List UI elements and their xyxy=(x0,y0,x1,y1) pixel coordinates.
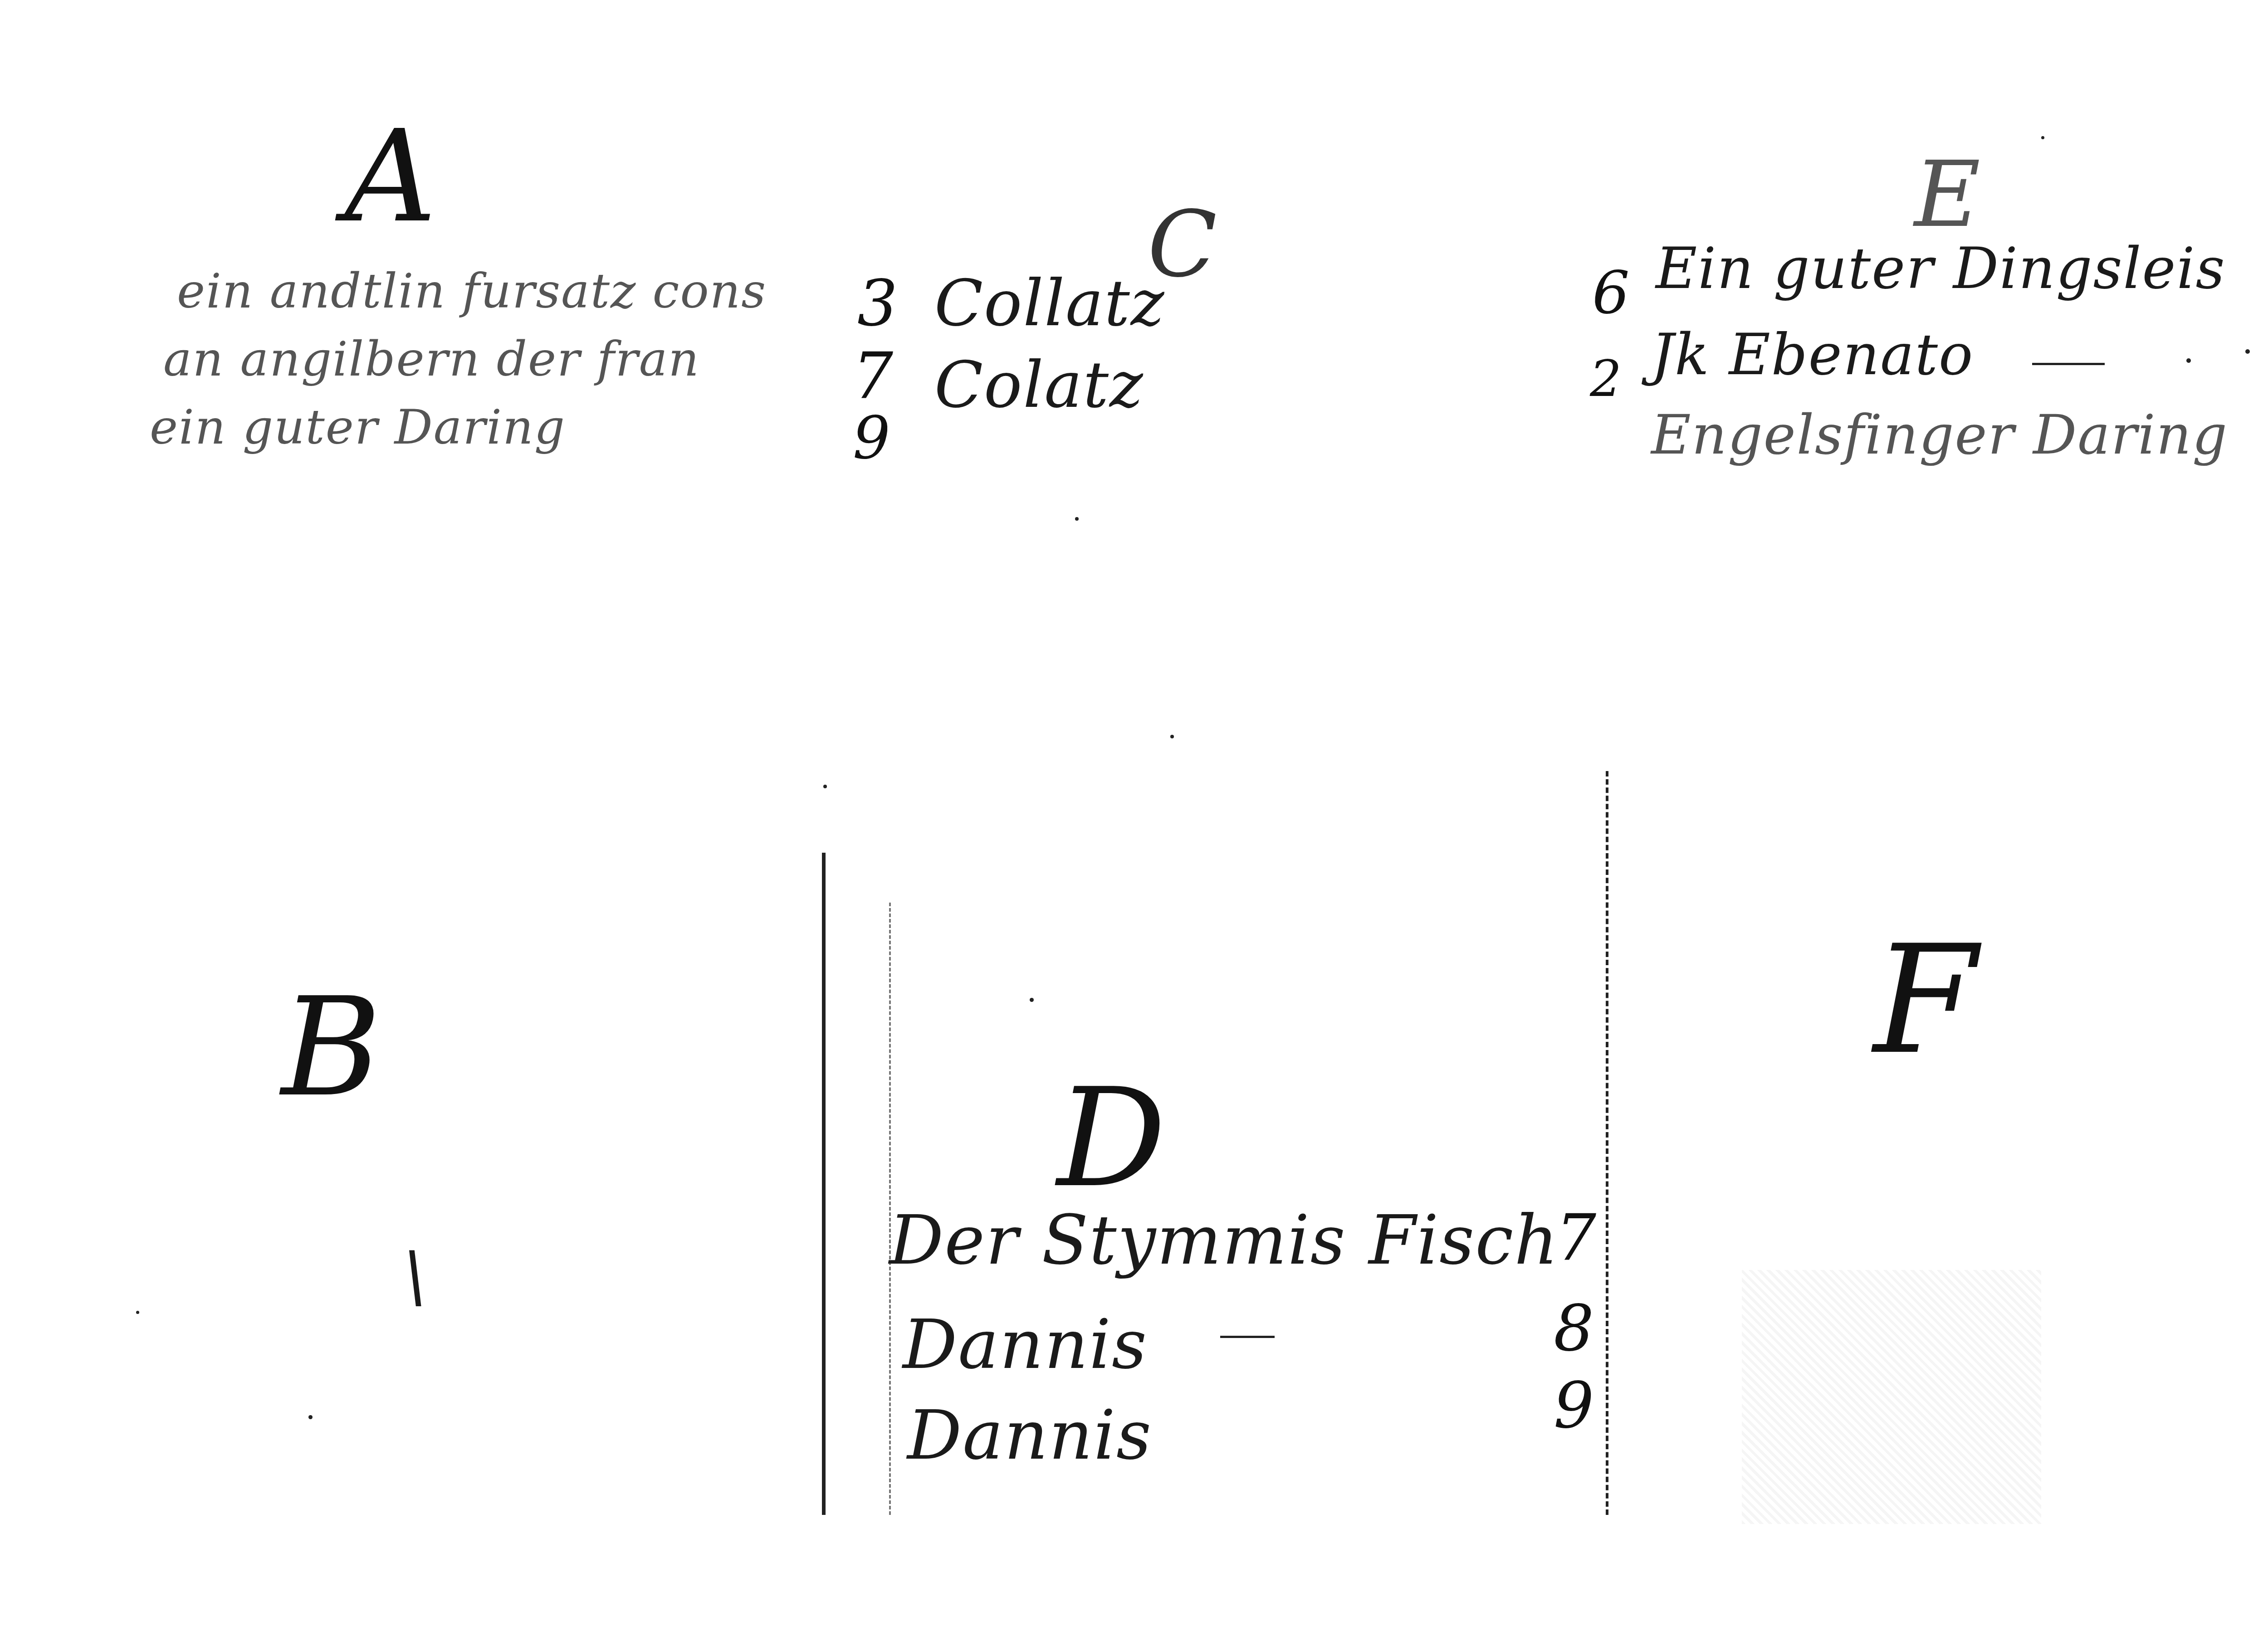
ink-speck xyxy=(136,1311,139,1314)
ink-speck xyxy=(1075,517,1079,521)
section-d-right-number-2: 8 xyxy=(1554,1297,1594,1361)
section-d-line-2: Dannis xyxy=(903,1311,1148,1379)
section-c-line-1: Collatz xyxy=(934,272,1165,336)
section-a-line-2: an angilbern der fran xyxy=(163,336,700,383)
section-letter-e: E xyxy=(1914,150,1980,240)
right-column-rule xyxy=(1606,771,1608,1515)
manuscript-page: A ein andtlin fursatz cons an angilbern … xyxy=(0,0,2268,1636)
paper-texture-area xyxy=(1742,1270,2041,1524)
section-d-line-3: Dannis xyxy=(907,1402,1152,1470)
ink-speck xyxy=(308,1415,313,1419)
section-c-number-3: 9 xyxy=(853,408,890,467)
section-letter-f: F xyxy=(1873,925,1977,1075)
ink-speck xyxy=(1030,998,1034,1002)
section-e-dash xyxy=(2032,363,2105,365)
section-e-line-2: Jk Ebenato xyxy=(1651,327,1974,383)
section-a-line-3: ein guter Daring xyxy=(150,404,566,451)
section-letter-b: B xyxy=(281,980,381,1116)
section-c-number-1: 3 xyxy=(857,272,898,336)
section-e-dot-1 xyxy=(2186,358,2191,363)
section-e-dot-2 xyxy=(2245,349,2250,354)
section-c-line-2: Colatz xyxy=(934,354,1144,417)
section-e-line-3: Engelsfinger Daring xyxy=(1651,408,2228,463)
section-e-line-1: Ein guter Dingsleis xyxy=(1656,240,2226,297)
section-a-line-1: ein andtlin fursatz cons xyxy=(177,268,767,315)
section-c-number-2: 7 xyxy=(853,345,893,408)
section-d-right-number-3: 9 xyxy=(1554,1374,1594,1438)
ink-speck xyxy=(823,785,827,788)
section-d-line-1: Der Stymmis Fisch xyxy=(889,1206,1559,1275)
section-letter-d: D xyxy=(1057,1070,1166,1206)
section-d-right-number-1: 7 xyxy=(1556,1206,1596,1270)
ink-speck xyxy=(2041,136,2044,139)
section-e-left-number-1: 6 xyxy=(1592,263,1630,322)
left-column-rule xyxy=(822,853,826,1515)
section-letter-a: A xyxy=(345,113,436,240)
section-b-mark: \ xyxy=(404,1243,428,1311)
ink-speck xyxy=(1170,735,1174,738)
section-d-dash xyxy=(1220,1336,1275,1338)
section-e-left-number-2: 2 xyxy=(1590,354,1622,404)
